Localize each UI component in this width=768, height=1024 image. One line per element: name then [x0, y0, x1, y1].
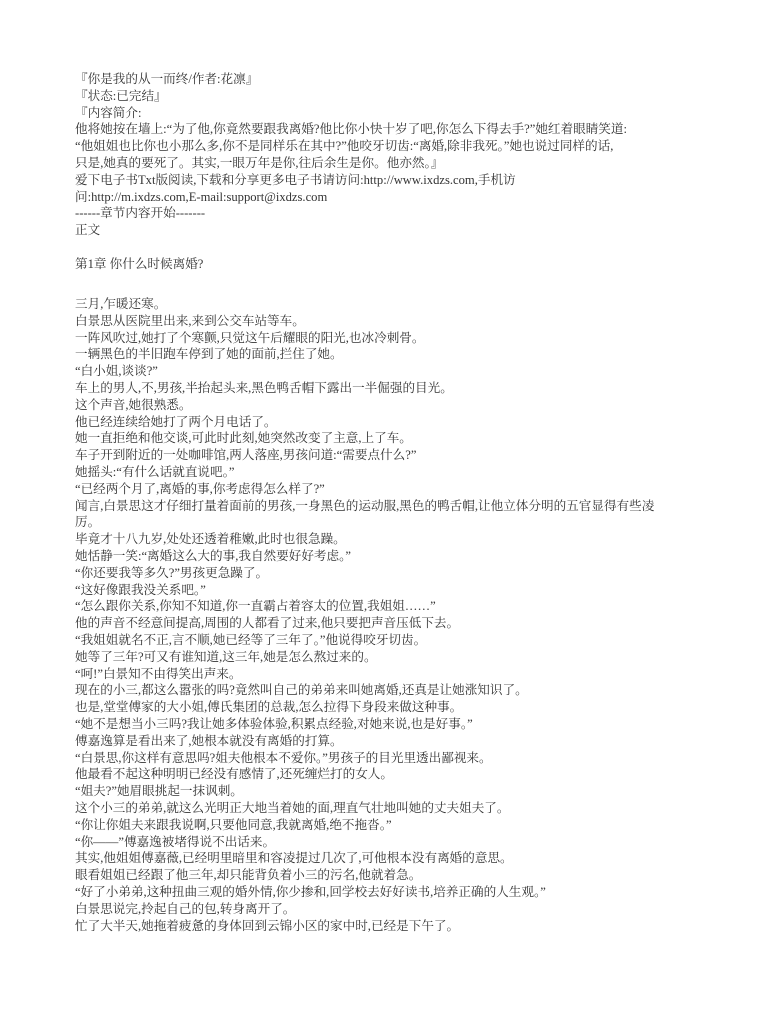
text-line: 一辆黑色的半旧跑车停到了她的面前,拦住了她。 — [75, 346, 747, 363]
text-line: 她等了三年?可又有谁知道,这三年,她是怎么熬过来的。 — [75, 649, 747, 666]
text-line: 白景思从医院里出来,来到公交车站等车。 — [75, 313, 747, 330]
text-line: 车上的男人,不,男孩,半抬起头来,黑色鸭舌帽下露出一半倔强的目光。 — [75, 380, 747, 397]
text-line: “白景思,你这样有意思吗?姐夫他根本不爱你。”男孩子的目光里透出鄙视来。 — [75, 750, 747, 767]
chapter-heading: 第1章 你什么时候离婚? — [75, 256, 747, 273]
text-line: “呵!”白景知不由得笑出声来。 — [75, 666, 747, 683]
text-line: 『内容简介: — [75, 105, 747, 122]
text-line: 只是,她真的要死了。其实,一眼万年是你,往后余生是你。他亦然。』 — [75, 155, 747, 172]
text-line: 这个小三的弟弟,就这么光明正大地当着她的面,理直气壮地叫她的丈夫姐夫了。 — [75, 800, 747, 817]
text-line: “好了小弟弟,这种扭曲三观的婚外情,你少掺和,回学校去好好读书,培养正确的人生观… — [75, 884, 747, 901]
text-line: 傅嘉逸算是看出来了,她根本就没有离婚的打算。 — [75, 733, 747, 750]
text-line: 一阵风吹过,她打了个寒颤,只觉这午后耀眼的阳光,也冰冷刺骨。 — [75, 330, 747, 347]
text-line: 她一直拒绝和他交谈,可此时此刻,她突然改变了主意,上了车。 — [75, 430, 747, 447]
text-line: 正文 — [75, 222, 747, 239]
text-line: 他最看不起这种明明已经没有感情了,还死缠烂打的女人。 — [75, 766, 747, 783]
text-line: 厉。 — [75, 514, 747, 531]
text-line: “已经两个月了,离婚的事,你考虑得怎么样了?” — [75, 481, 747, 498]
text-line: “你——”傅嘉逸被堵得说不出话来。 — [75, 834, 747, 851]
text-line: 眼看姐姐已经跟了他三年,却只能背负着小三的污名,他就着急。 — [75, 867, 747, 884]
ebook-header-block: 『你是我的从一而终/作者:花凛』『状态:已完结』『内容简介:他将她按在墙上:“为… — [75, 71, 747, 239]
novel-text: 『你是我的从一而终/作者:花凛』『状态:已完结』『内容简介:他将她按在墙上:“为… — [75, 71, 747, 934]
text-line: “你让你姐夫来跟我说啊,只要他同意,我就离婚,绝不拖沓。” — [75, 817, 747, 834]
text-line: “怎么跟你关系,你知不知道,你一直霸占着容太的位置,我姐姐……” — [75, 598, 747, 615]
text-line: 车子开到附近的一处咖啡馆,两人落座,男孩问道:“需要点什么?” — [75, 447, 747, 464]
text-line: 他将她按在墙上:“为了他,你竟然要跟我离婚?他比你小快十岁了吧,你怎么下得去手?… — [75, 121, 747, 138]
text-line: “你还要我等多久?”男孩更急躁了。 — [75, 565, 747, 582]
text-line: 他已经连续给她打了两个月电话了。 — [75, 414, 747, 431]
chapter-body-block: 三月,乍暖还寒。白景思从医院里出来,来到公交车站等车。一阵风吹过,她打了个寒颤,… — [75, 296, 747, 934]
text-line: 白景思说完,拎起自己的包,转身离开了。 — [75, 901, 747, 918]
text-line: 他的声音不经意间提高,周围的人都看了过来,他只要把声音压低下去。 — [75, 615, 747, 632]
text-line: 也是,堂堂傅家的大小姐,傅氏集团的总裁,怎么拉得下身段来做这种事。 — [75, 699, 747, 716]
text-line: “这好像跟我没关系吧。” — [75, 582, 747, 599]
text-line: 这个声音,她很熟悉。 — [75, 397, 747, 414]
text-line: “他姐姐也比你也小那么多,你不是同样乐在其中?”他咬牙切齿:“离婚,除非我死。”… — [75, 138, 747, 155]
text-line: 她恬静一笑:“离婚这么大的事,我自然要好好考虑。” — [75, 548, 747, 565]
text-line: 闻言,白景思这才仔细打量着面前的男孩,一身黑色的运动服,黑色的鸭舌帽,让他立体分… — [75, 498, 747, 515]
text-line: “我姐姐就名不正,言不顺,她已经等了三年了。”他说得咬牙切齿。 — [75, 632, 747, 649]
document-page: 『你是我的从一而终/作者:花凛』『状态:已完结』『内容简介:他将她按在墙上:“为… — [0, 0, 768, 1024]
text-line: 『状态:已完结』 — [75, 88, 747, 105]
text-line: 『你是我的从一而终/作者:花凛』 — [75, 71, 747, 88]
text-line: “她不是想当小三吗?我让她多体验体验,积累点经验,对她来说,也是好事。” — [75, 716, 747, 733]
text-line: 其实,他姐姐傅嘉薇,已经明里暗里和容凌提过几次了,可他根本没有离婚的意思。 — [75, 850, 747, 867]
text-line: 现在的小三,都这么嚣张的吗?竟然叫自己的弟弟来叫她离婚,还真是让她涨知识了。 — [75, 682, 747, 699]
text-line: “白小姐,谈谈?” — [75, 363, 747, 380]
text-line: 问:http://m.ixdzs.com,E-mail:support@ixdz… — [75, 189, 747, 206]
text-line: 三月,乍暖还寒。 — [75, 296, 747, 313]
text-line: ------章节内容开始------- — [75, 205, 747, 222]
text-line: 毕竟才十八九岁,处处还透着稚嫩,此时也很急躁。 — [75, 531, 747, 548]
text-line: 爱下电子书Txt版阅读,下载和分享更多电子书请访问:http://www.ixd… — [75, 172, 747, 189]
text-line: 忙了大半天,她拖着疲惫的身体回到云锦小区的家中时,已经是下午了。 — [75, 918, 747, 935]
text-line: 她摇头:“有什么话就直说吧。” — [75, 464, 747, 481]
text-line: “姐夫?”她眉眼挑起一抹讽刺。 — [75, 783, 747, 800]
